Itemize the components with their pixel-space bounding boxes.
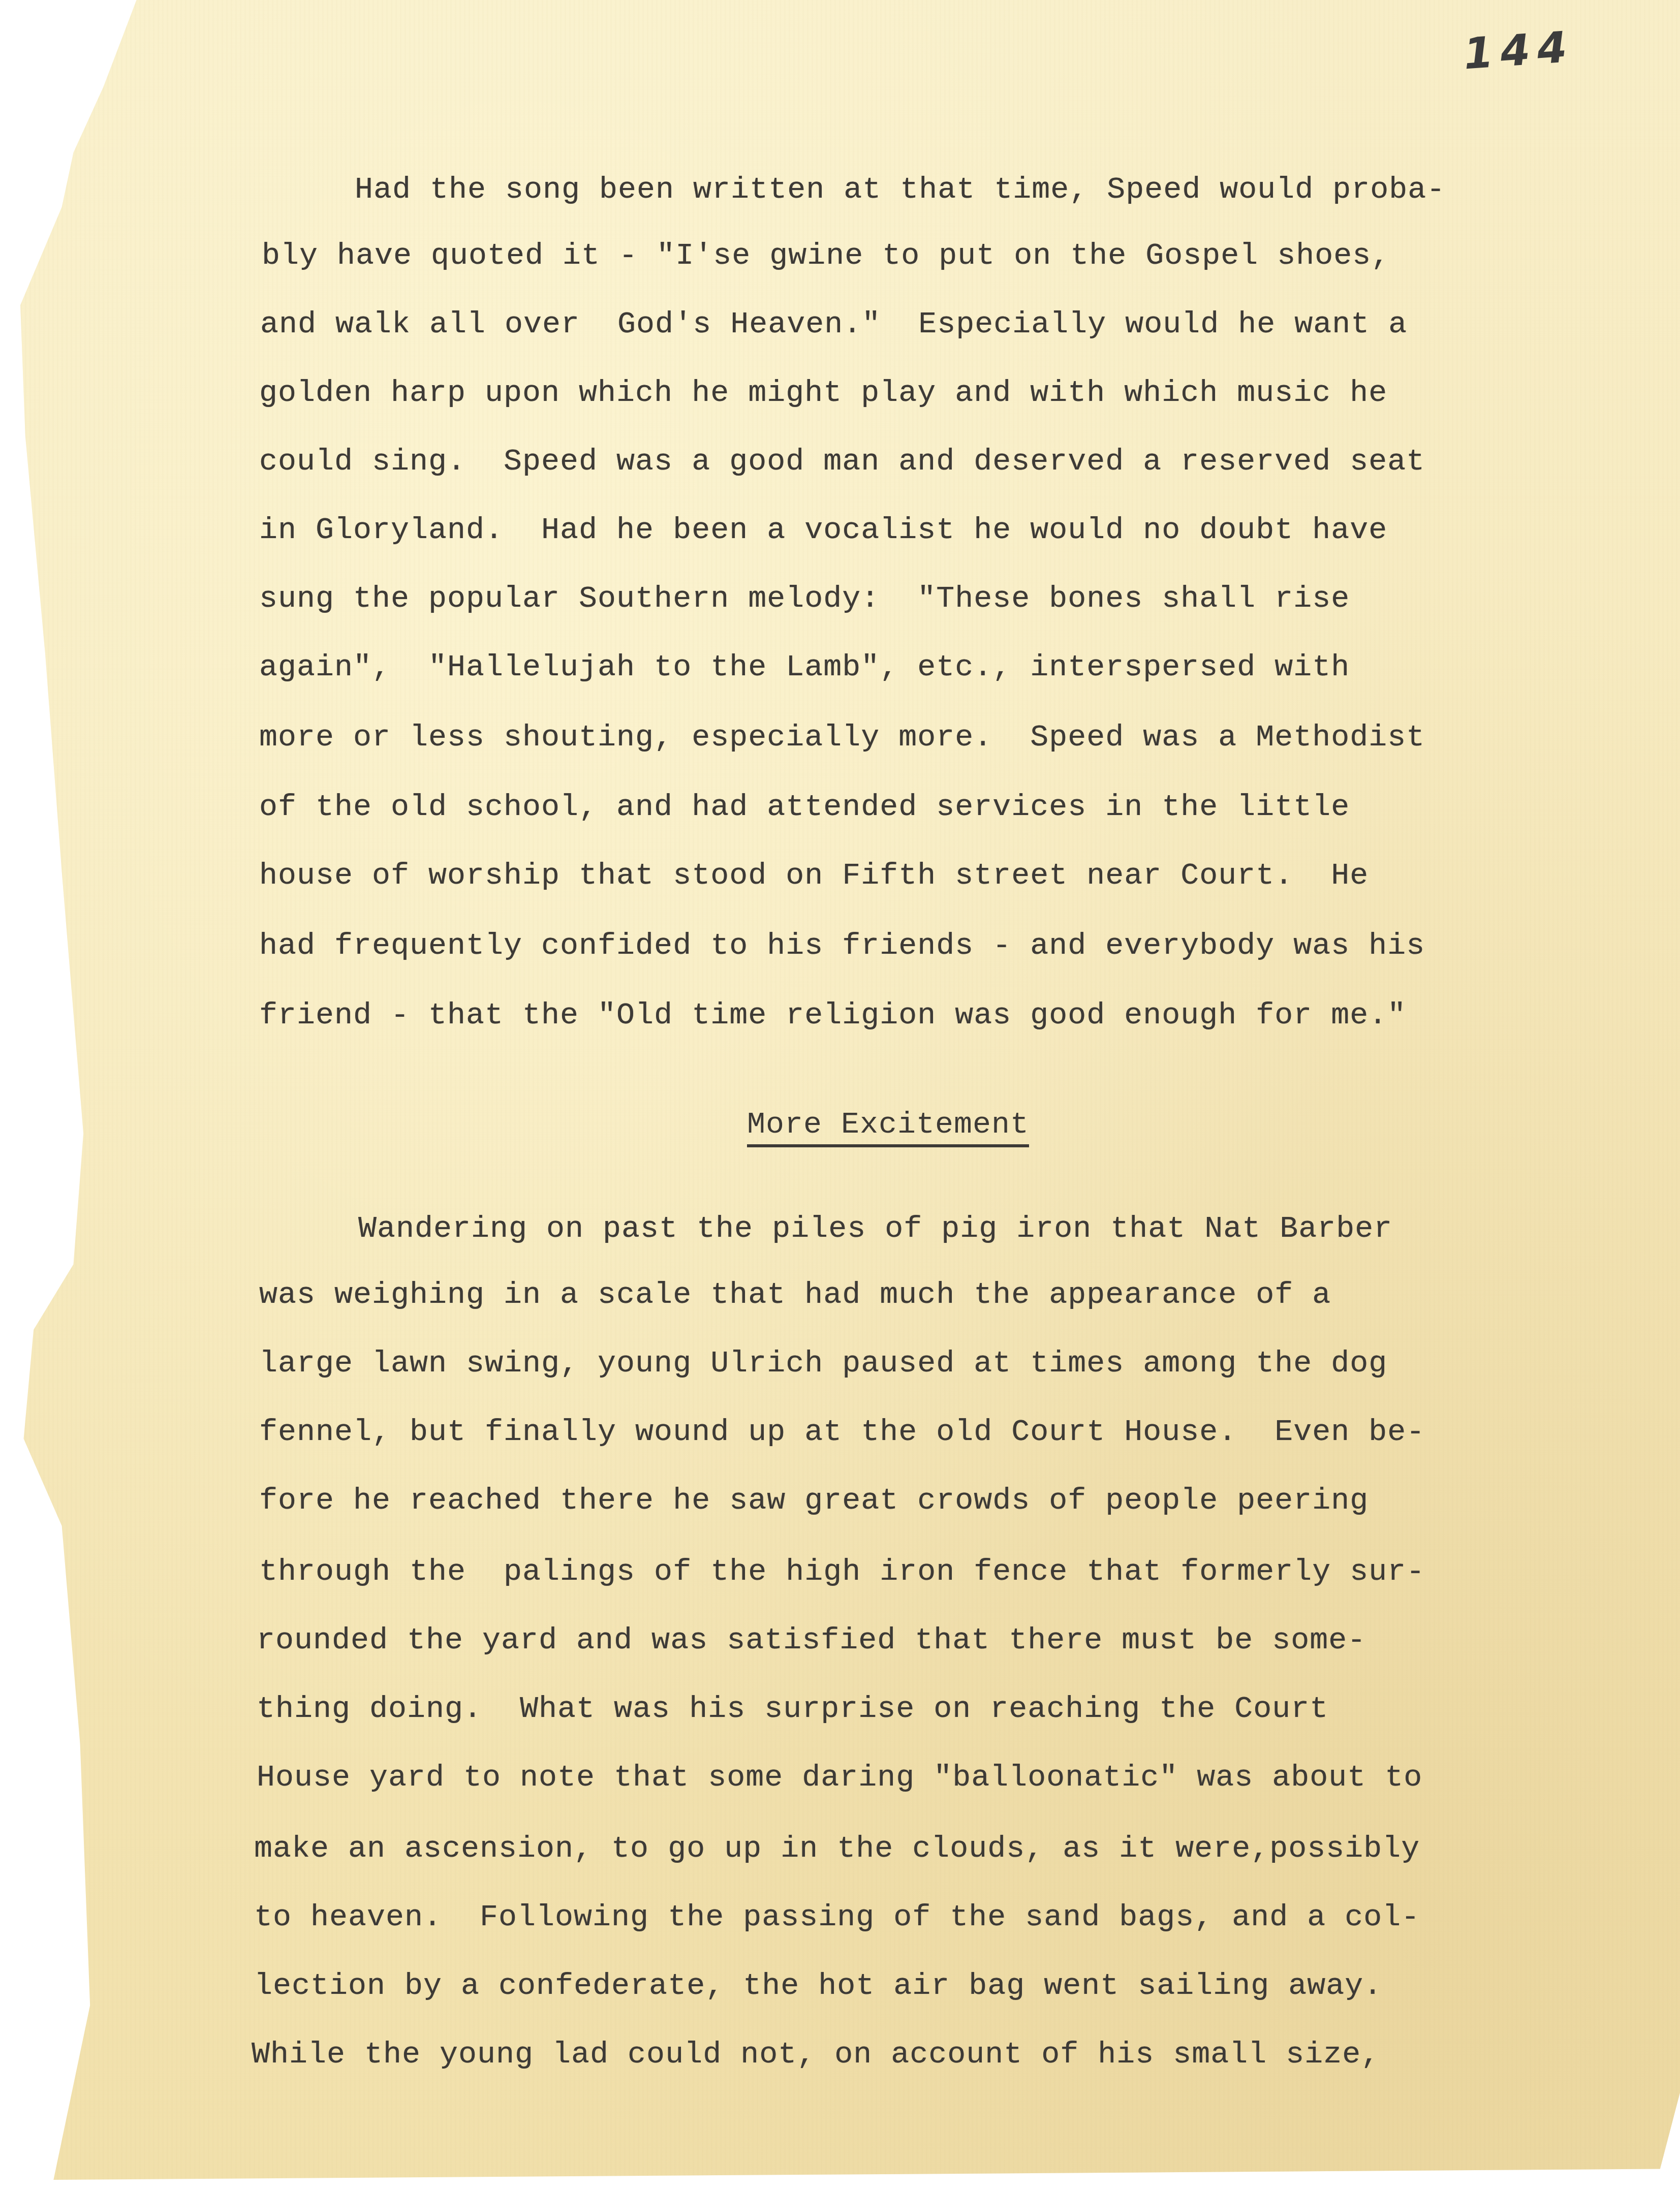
text-line: thing doing. What was his surprise on re… [257,1692,1328,1727]
text-line: large lawn swing, young Ulrich paused at… [259,1347,1387,1381]
scanned-page: 144 Had the song been written at that ti… [0,0,1680,2191]
text-line: through the palings of the high iron fen… [259,1555,1425,1589]
text-line: and walk all over God's Heaven." Especia… [260,307,1407,342]
text-line: make an ascension, to go up in the cloud… [254,1832,1420,1866]
text-line: Wandering on past the piles of pig iron … [358,1212,1392,1246]
text-line: again", "Hallelujah to the Lamb", etc., … [259,650,1350,685]
section-heading: More Excitement [747,1108,1029,1147]
text-line: friend - that the "Old time religion was… [259,998,1406,1033]
text-line: was weighing in a scale that had much th… [259,1278,1331,1312]
text-line: rounded the yard and was satisfied that … [257,1623,1366,1658]
text-line: fore he reached there he saw great crowd… [259,1484,1368,1518]
text-line: in Gloryland. Had he been a vocalist he … [259,513,1387,548]
text-line: Had the song been written at that time, … [355,173,1445,207]
text-line: golden harp upon which he might play and… [259,376,1387,411]
text-line: of the old school, and had attended serv… [259,790,1350,825]
text-line: house of worship that stood on Fifth str… [259,859,1368,893]
text-line: could sing. Speed was a good man and des… [259,445,1425,479]
text-line: While the young lad could not, on accoun… [252,2038,1380,2072]
text-line: sung the popular Southern melody: "These… [259,582,1350,616]
text-line: more or less shouting, especially more. … [259,721,1425,755]
handwritten-page-number: 144 [1462,22,1576,79]
text-line: lection by a confederate, the hot air ba… [254,1969,1382,2004]
text-line: fennel, but finally wound up at the old … [259,1415,1425,1450]
text-line: House yard to note that some daring "bal… [257,1761,1422,1795]
text-line: to heaven. Following the passing of the … [254,1900,1420,1935]
text-line: had frequently confided to his friends -… [259,929,1425,963]
text-line: bly have quoted it - "I'se gwine to put … [262,239,1390,273]
